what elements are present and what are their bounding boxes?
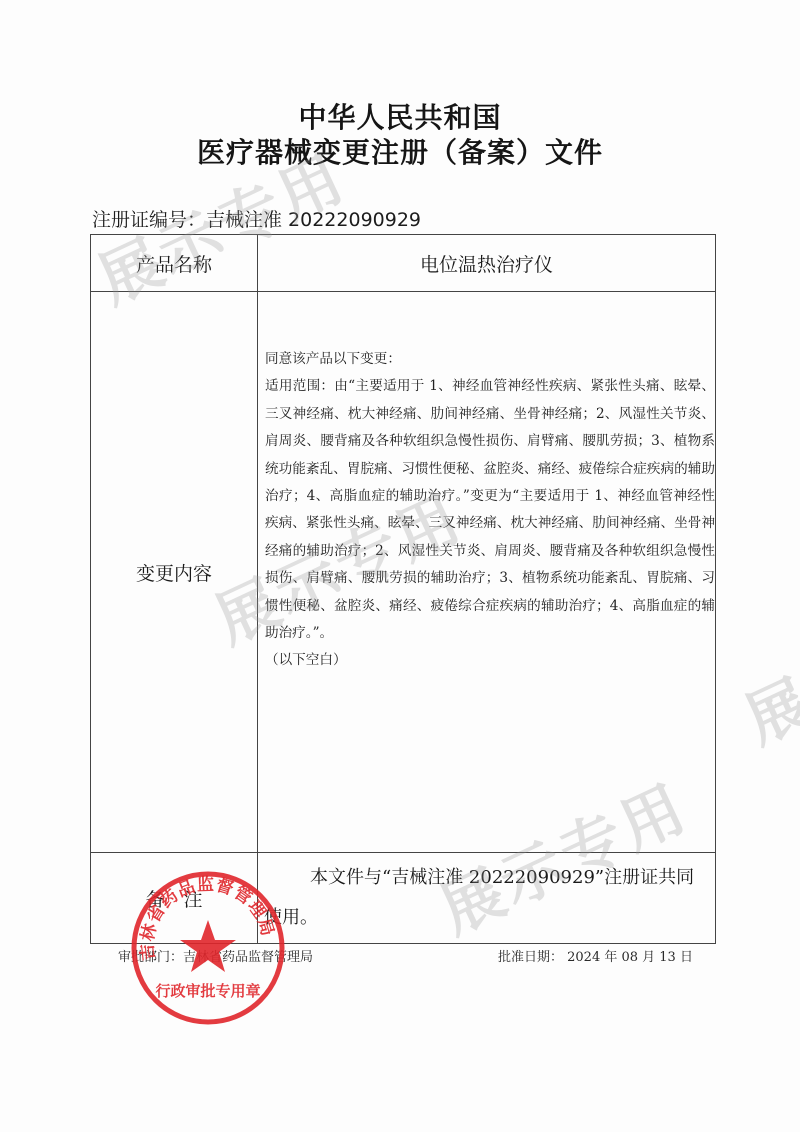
change-blank-note: （以下空白） bbox=[265, 647, 715, 674]
title-document: 医疗器械变更注册（备案）文件 bbox=[0, 131, 800, 171]
remark-cell: 本文件与“吉械注准 20222090929”注册证共同使用。 bbox=[258, 853, 716, 944]
change-content-label: 变更内容 bbox=[91, 292, 258, 853]
change-intro: 同意该产品以下变更： bbox=[265, 346, 715, 373]
remark-value: 本文件与“吉械注准 20222090929”注册证共同使用。 bbox=[264, 858, 709, 938]
change-scope: 适用范围：由“主要适用于 1、神经血管神经性疾病、紧张性头痛、眩晕、三叉神经痛、… bbox=[265, 373, 715, 647]
change-content-cell: 同意该产品以下变更： 适用范围：由“主要适用于 1、神经血管神经性疾病、紧张性头… bbox=[258, 292, 716, 853]
official-seal-icon: 吉林省药品监督管理局 行政审批专用章 bbox=[128, 868, 288, 1028]
seal-bottom-text: 行政审批专用章 bbox=[155, 982, 260, 1000]
product-name-value: 电位温热治疗仪 bbox=[258, 235, 716, 292]
registration-number: 注册证编号：吉械注准 20222090929 bbox=[92, 205, 421, 232]
document-table: 产品名称 电位温热治疗仪 变更内容 同意该产品以下变更： 适用范围：由“主要适用… bbox=[90, 234, 716, 944]
row-product-name: 产品名称 电位温热治疗仪 bbox=[91, 235, 716, 292]
watermark: 展示专用 bbox=[729, 568, 800, 760]
row-change-content: 变更内容 同意该产品以下变更： 适用范围：由“主要适用于 1、神经血管神经性疾病… bbox=[91, 292, 716, 853]
product-name-label: 产品名称 bbox=[91, 235, 258, 292]
approval-date: 批准日期： 2024 年 08 月 13 日 bbox=[498, 946, 693, 965]
title-country: 中华人民共和国 bbox=[0, 96, 800, 136]
